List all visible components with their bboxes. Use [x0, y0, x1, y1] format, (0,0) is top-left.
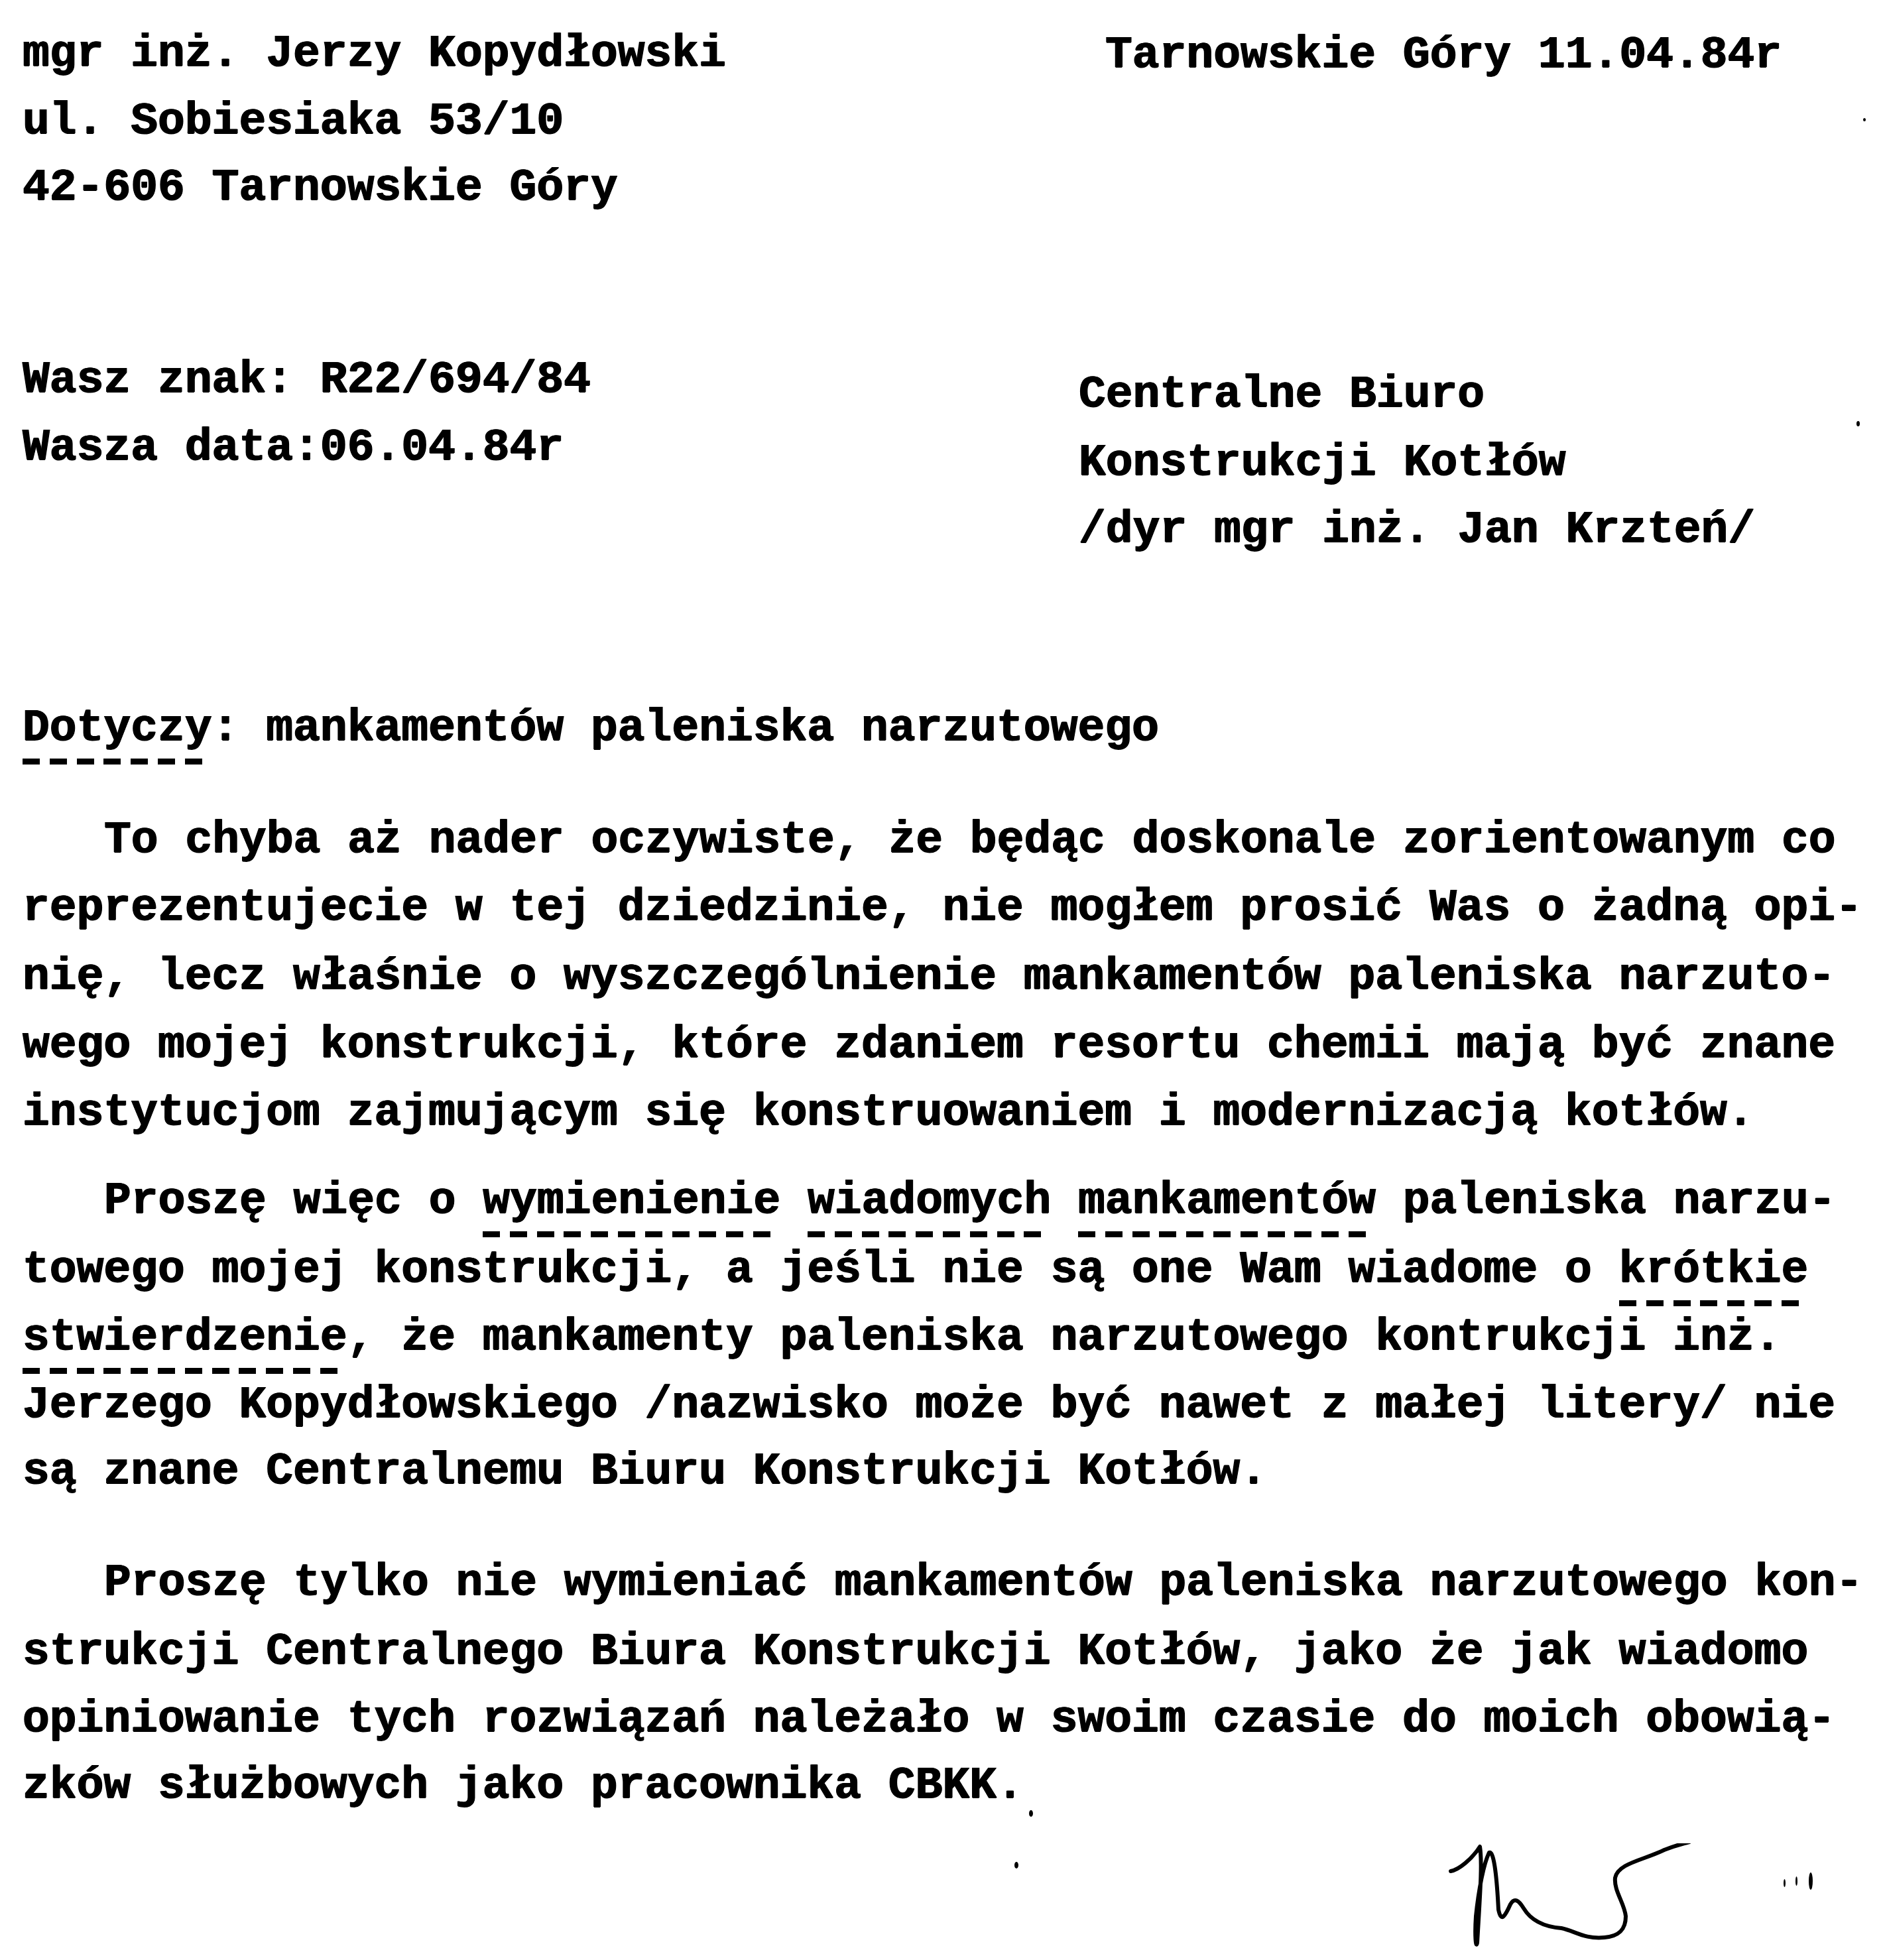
paragraph-1-line-3: nię, lecz właśnie o wyszczególnienie man… [23, 955, 1835, 1000]
scan-speck [1856, 421, 1860, 426]
reference-date: Wasza data:06.04.84r [23, 426, 564, 471]
line-text: paleniska narzu- [1376, 1176, 1836, 1227]
paragraph-1-line-2: reprezentujecie w tej dziedzinie, nie mo… [23, 886, 1862, 931]
underlined-word: mankamentów [1078, 1176, 1376, 1237]
paragraph-3-line-4: zków służbowych jako pracownika CBKK. [23, 1764, 1024, 1809]
recipient-line-3: /dyr mgr inż. Jan Krzteń/ [1079, 508, 1755, 553]
place-date: Tarnowskie Góry 11.04.84r [1105, 33, 1782, 78]
paragraph-2-line-3: stwierdzenie, że mankamenty paleniska na… [23, 1316, 1781, 1361]
line-text: nię, lecz właśnie o wyszczególnienie man… [23, 951, 1835, 1003]
paragraph-3-line-1: Proszę tylko nie wymieniać mankamentów p… [104, 1561, 1862, 1606]
line-text [1051, 1176, 1078, 1227]
paragraph-2-line-5: są znane Centralnemu Biuru Konstrukcji K… [23, 1449, 1267, 1495]
line-text: reprezentujecie w tej dziedzinie, nie mo… [23, 883, 1862, 934]
line-text: są znane Centralnemu Biuru Konstrukcji K… [23, 1446, 1267, 1497]
line-text: instytucjom zajmującym się konstruowanie… [23, 1087, 1754, 1138]
letter-page: mgr inż. Jerzy Kopydłowski ul. Sobiesiak… [0, 0, 1883, 1960]
paragraph-1-line-1: To chyba aż nader oczywiste, że będąc do… [104, 818, 1836, 863]
underlined-word: wiadomych [808, 1176, 1051, 1237]
underlined-word: Dotyczy [23, 703, 212, 765]
scan-speck [1795, 1876, 1797, 1886]
paragraph-1-line-4: wego mojej konstrukcji, które zdaniem re… [23, 1023, 1835, 1068]
line-text: strukcji Centralnego Biura Konstrukcji K… [23, 1626, 1808, 1678]
line-text: Proszę więc o [104, 1176, 483, 1227]
recipient-line-1: Centralne Biuro [1079, 373, 1485, 418]
sender-name: mgr inż. Jerzy Kopydłowski [23, 32, 726, 77]
sender-street: ul. Sobiesiaka 53/10 [23, 99, 564, 145]
scan-speck [1784, 1879, 1786, 1887]
line-text: zków służbowych jako pracownika CBKK. [23, 1760, 1024, 1811]
line-text: towego mojej konstrukcji, a jeśli nie są… [23, 1245, 1619, 1296]
line-text: opiniowanie tych rozwiązań należało w sw… [23, 1694, 1835, 1745]
paragraph-2-line-4: Jerzego Kopydłowskiego /nazwisko może by… [23, 1383, 1835, 1428]
subject-line: Dotyczy: mankamentów paleniska narzutowe… [23, 706, 1159, 751]
recipient-line-2: Konstrukcji Kotłów [1079, 441, 1566, 486]
paragraph-1-line-5: instytucjom zajmującym się konstruowanie… [23, 1091, 1754, 1136]
line-text: wego mojej konstrukcji, które zdaniem re… [23, 1020, 1835, 1071]
underlined-word: wymienienie [483, 1176, 780, 1237]
paragraph-3-line-3: opiniowanie tych rozwiązań należało w sw… [23, 1697, 1835, 1743]
scan-speck [1809, 1872, 1813, 1890]
paragraph-2-line-2: towego mojej konstrukcji, a jeśli nie są… [23, 1248, 1808, 1293]
line-text: Proszę tylko nie wymieniać mankamentów p… [104, 1558, 1862, 1609]
paragraph-3-line-2: strukcji Centralnego Biura Konstrukcji K… [23, 1630, 1808, 1675]
underlined-word: stwierdzenie [23, 1312, 347, 1374]
scan-speck [1863, 118, 1866, 121]
line-text: , że mankamenty paleniska narzutowego ko… [347, 1312, 1782, 1363]
reference-sign: Wasz znak: R22/694/84 [23, 358, 591, 403]
underlined-word: krótkie [1619, 1245, 1809, 1306]
scan-speck [1014, 1862, 1018, 1868]
line-text [780, 1176, 808, 1227]
line-text: : mankamentów paleniska narzutowego [212, 703, 1159, 754]
line-text: To chyba aż nader oczywiste, że będąc do… [104, 815, 1836, 866]
signature-icon [1445, 1843, 1790, 1956]
sender-city: 42-606 Tarnowskie Góry [23, 166, 618, 211]
scan-speck [1029, 1810, 1033, 1817]
line-text: Jerzego Kopydłowskiego /nazwisko może by… [23, 1380, 1835, 1431]
paragraph-2-line-1: Proszę więc o wymienienie wiadomych mank… [104, 1179, 1836, 1224]
